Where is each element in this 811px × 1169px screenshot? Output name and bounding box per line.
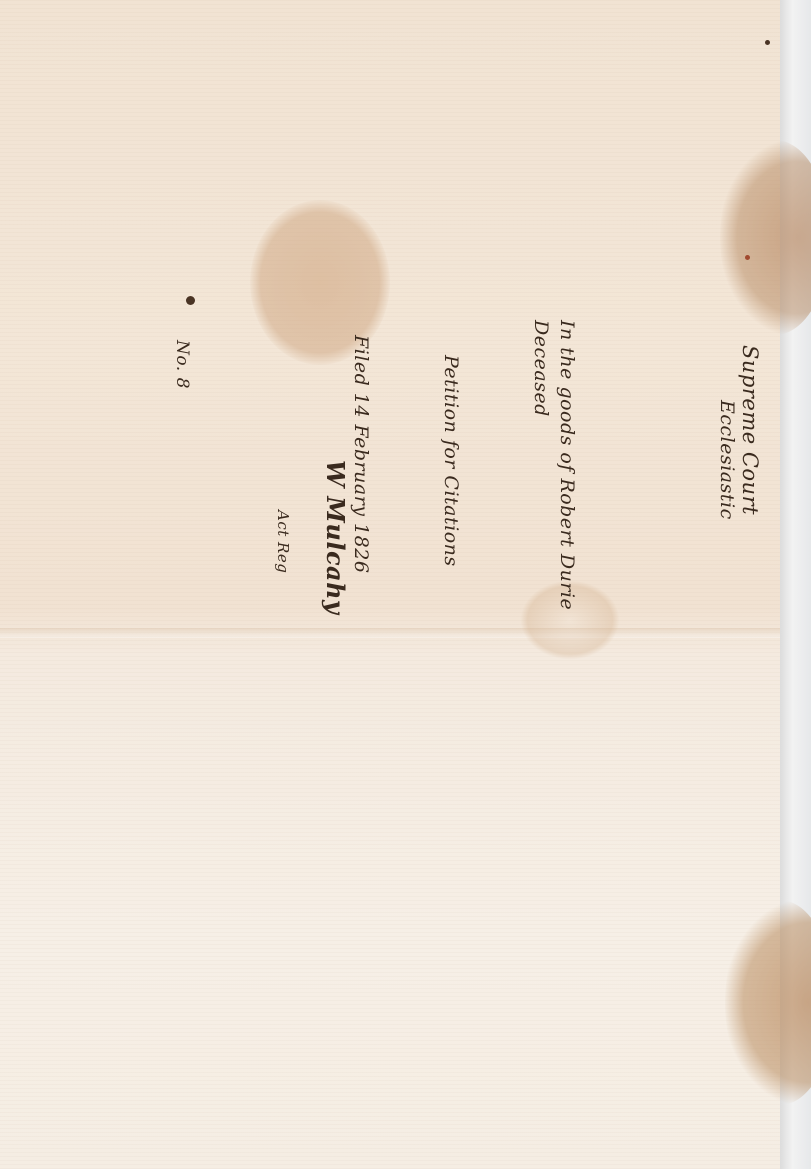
paper-sheet — [0, 0, 780, 1169]
matter-line: In the goods of Robert Durie — [556, 320, 578, 610]
jurisdiction-heading: Ecclesiastic — [716, 400, 738, 520]
fold-crease — [0, 628, 780, 638]
court-heading: Supreme Court — [738, 345, 762, 515]
registry-note: Act Reg — [274, 510, 292, 573]
ink-blot — [186, 296, 195, 305]
red-speck — [745, 255, 750, 260]
deceased-line: Deceased — [530, 320, 552, 417]
ink-speck — [765, 40, 770, 45]
signature: W Mulcahy — [321, 460, 350, 615]
petition-line: Petition for Citations — [440, 355, 462, 567]
document-number: No. 8 — [172, 340, 192, 389]
filed-date-line: Filed 14 February 1826 — [350, 335, 372, 573]
